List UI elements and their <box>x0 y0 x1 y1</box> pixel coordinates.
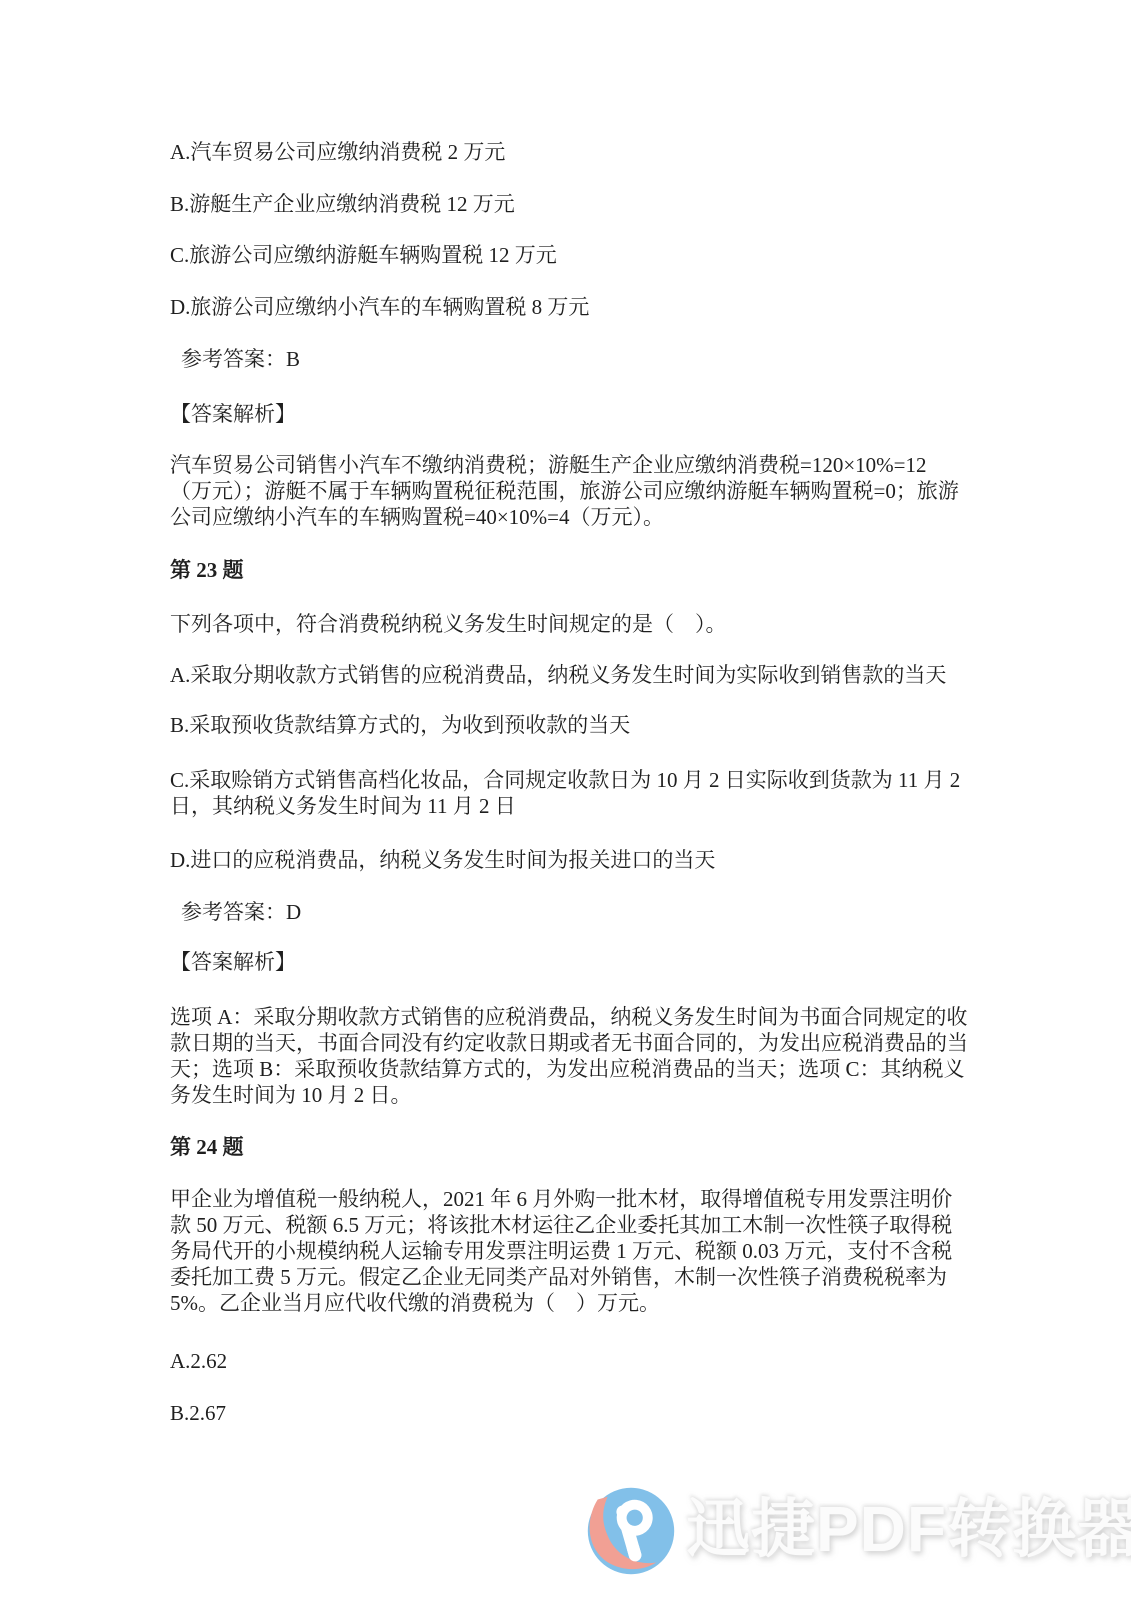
q23-reference-answer: 参考答案：D <box>181 899 979 925</box>
q24-option-a: A.2.62 <box>170 1348 968 1374</box>
q23-option-a: A.采取分期收款方式销售的应税消费品，纳税义务发生时间为实际收到销售款的当天 <box>170 662 968 688</box>
q23-analysis-header: 【答案解析】 <box>170 949 968 975</box>
q23-heading: 第 23 题 <box>170 557 968 583</box>
document-page: A.汽车贸易公司应缴纳消费税 2 万元 B.游艇生产企业应缴纳消费税 12 万元… <box>0 0 1131 1600</box>
q22-option-a: A.汽车贸易公司应缴纳消费税 2 万元 <box>170 139 968 165</box>
q22-option-d: D.旅游公司应缴纳小汽车的车辆购置税 8 万元 <box>170 294 968 320</box>
q24-heading: 第 24 题 <box>170 1134 968 1160</box>
q22-option-c: C.旅游公司应缴纳游艇车辆购置税 12 万元 <box>170 242 968 268</box>
q23-option-c: C.采取赊销方式销售高档化妆品，合同规定收款日为 10 月 2 日实际收到货款为… <box>170 767 968 819</box>
q22-reference-answer: 参考答案：B <box>181 346 979 372</box>
q22-analysis-header: 【答案解析】 <box>170 401 968 427</box>
q22-option-b: B.游艇生产企业应缴纳消费税 12 万元 <box>170 191 968 217</box>
pdf-converter-logo-icon <box>585 1486 677 1576</box>
watermark-text: 迅捷PDF转换器 <box>686 1496 1131 1562</box>
q23-stem: 下列各项中，符合消费税纳税义务发生时间规定的是（ ）。 <box>170 611 968 637</box>
q24-option-b: B.2.67 <box>170 1400 968 1426</box>
q24-stem: 甲企业为增值税一般纳税人，2021 年 6 月外购一批木材，取得增值税专用发票注… <box>170 1186 968 1316</box>
q23-option-b: B.采取预收货款结算方式的，为收到预收款的当天 <box>170 712 968 738</box>
q22-analysis-text: 汽车贸易公司销售小汽车不缴纳消费税；游艇生产企业应缴纳消费税=120×10%=1… <box>170 452 968 530</box>
q23-option-d: D.进口的应税消费品，纳税义务发生时间为报关进口的当天 <box>170 847 968 873</box>
q23-analysis-text: 选项 A：采取分期收款方式销售的应税消费品，纳税义务发生时间为书面合同规定的收款… <box>170 1004 968 1108</box>
